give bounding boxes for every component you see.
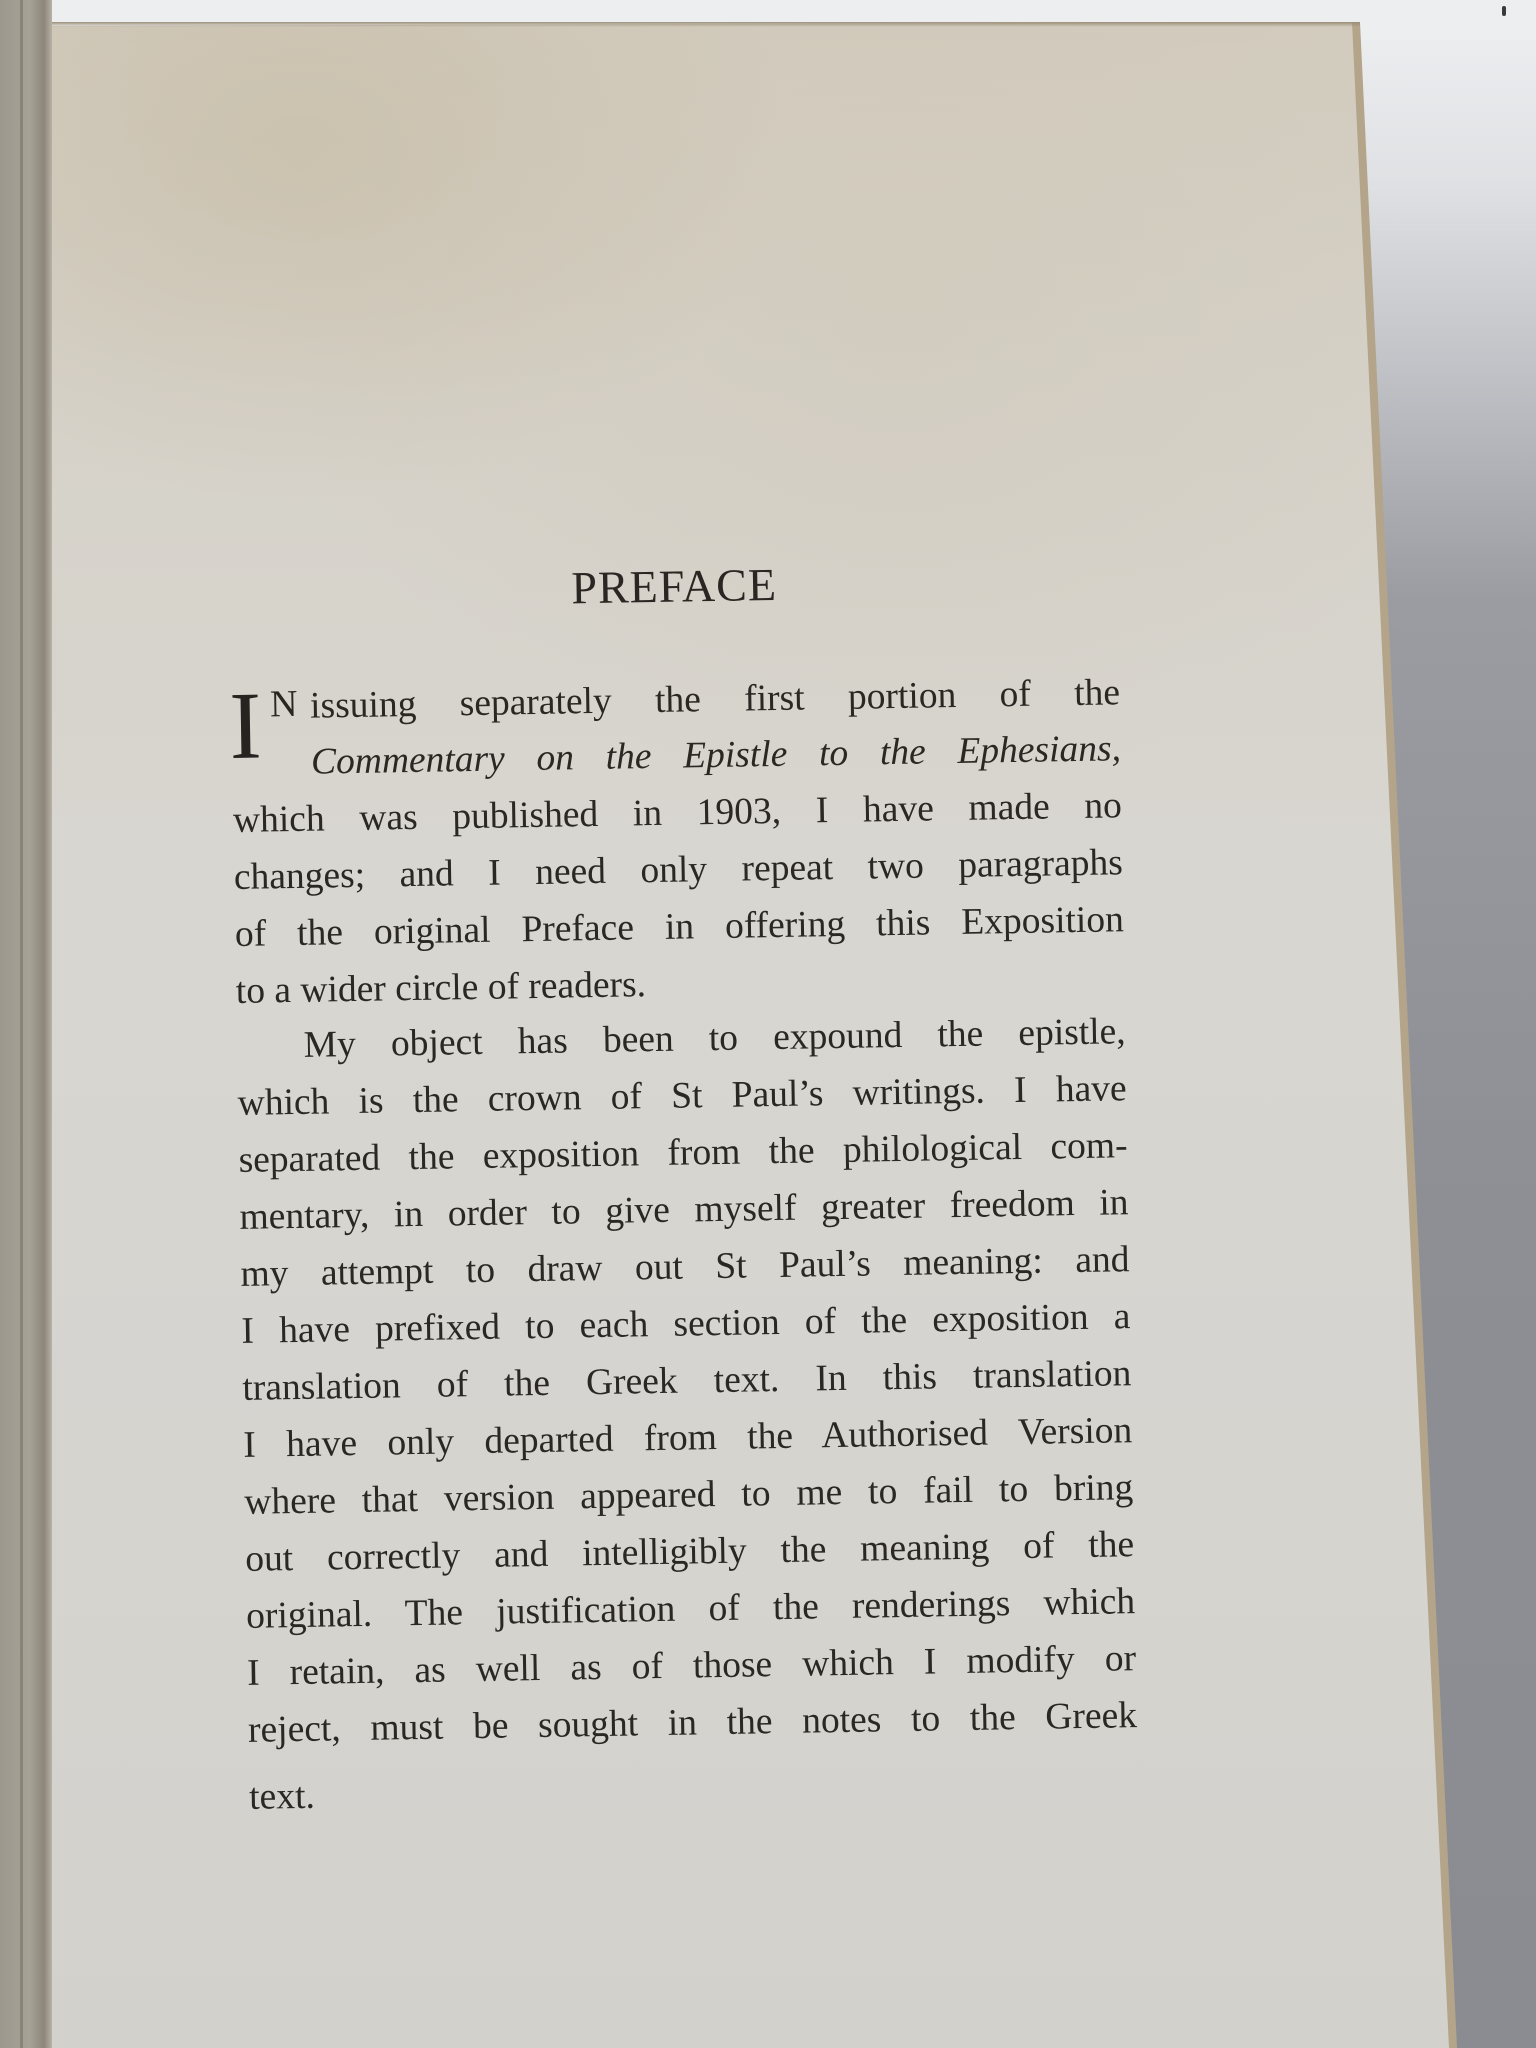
- text-line: issuing separately the first portion of …: [310, 671, 1121, 728]
- text-line: I have only departed from the Authorised…: [243, 1409, 1133, 1468]
- paragraph-2: My object has been to expound the epistl…: [0, 0, 1524, 4]
- text-line: mentary, in order to give myself greater…: [239, 1181, 1129, 1240]
- text-line: translation of the Greek text. In this t…: [242, 1352, 1132, 1411]
- text-line: where that version appeared to me to fai…: [244, 1466, 1134, 1525]
- text-line: changes; and I need only repeat two para…: [234, 841, 1124, 900]
- text-line: separated the exposition from the philol…: [238, 1124, 1128, 1183]
- text-line-italic-title: Commentary on the Epistle to the Ephesia…: [311, 727, 1122, 784]
- text-line: of the original Preface in offering this…: [235, 898, 1125, 957]
- text-line: I have prefixed to each section of the e…: [241, 1295, 1131, 1354]
- text-line: to a wider circle of readers.: [235, 955, 1125, 1014]
- text-line: which was published in 1903, I have made…: [233, 784, 1123, 843]
- drop-cap: I: [229, 677, 263, 774]
- text-line: reject, must be sought in the notes to t…: [248, 1694, 1138, 1753]
- page-text-block: PREFACE I N issuing separately the first…: [0, 0, 1536, 2048]
- text-line: text.: [249, 1761, 1139, 1820]
- text-line: my attempt to draw out St Paul’s meaning…: [240, 1238, 1130, 1297]
- paragraph-1: I N issuing separately the first portion…: [0, 0, 1524, 4]
- text-line: I retain, as well as of those which I mo…: [247, 1637, 1137, 1696]
- text-line: original. The justification of the rende…: [246, 1580, 1136, 1639]
- text-line: My object has been to expound the epistl…: [303, 1010, 1126, 1068]
- text-line: out correctly and intelligibly the meani…: [245, 1523, 1135, 1582]
- page-title: PREFACE: [561, 562, 788, 612]
- drop-cap-small-caps: N: [270, 685, 298, 723]
- text-line: which is the crown of St Paul’s writings…: [237, 1067, 1127, 1126]
